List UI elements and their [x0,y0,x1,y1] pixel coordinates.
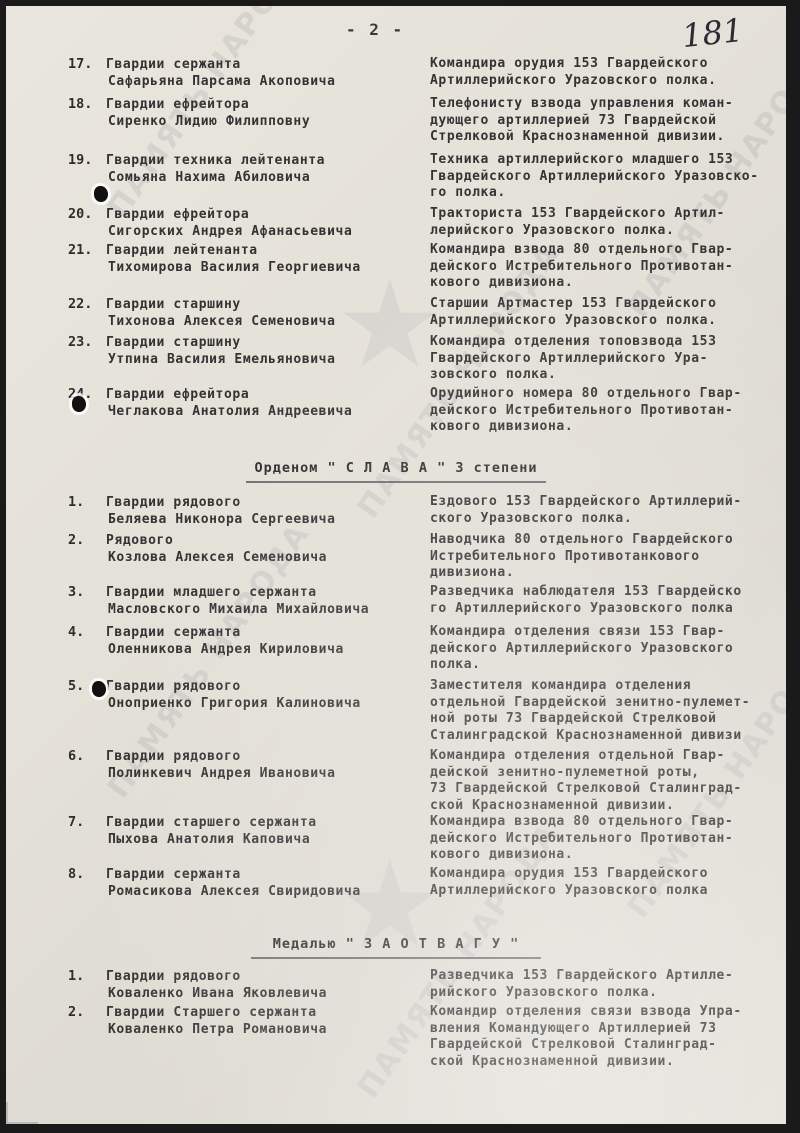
recipient: Гвардии сержантаСафарьяна Парсама Акопов… [106,56,336,90]
position-line: Орудийного номера 80 отдельного Гвар- [430,386,782,403]
entry-number: 18. [68,96,92,112]
recipient-rank: Гвардии лейтенанта [106,242,361,259]
position-line: 73 Гвардейской Стрелковой Сталинград- [430,781,782,798]
recipient-name: Оленникова Андрея Кириловича [106,641,344,658]
position-line: Артиллерийского Уразовского полка. [430,313,782,330]
recipient-name: Коваленко Петра Романовича [106,1021,327,1038]
position-line: Телефонисту взвода управления коман- [430,96,782,113]
recipient-name: Полинкевич Андрея Ивановича [106,765,336,782]
section-heading-text: Орденом " С Л А В А " 3 степени [255,460,538,476]
recipient-position: Командира отделения топовзвода 153Гварде… [430,334,782,384]
recipient: Гвардии рядовогоПолинкевич Андрея Иванов… [106,748,336,782]
position-line: Разведчика 153 Гвардейского Артилле- [430,968,782,985]
recipient-rank: Гвардии старшину [106,334,336,351]
position-line: Гвардейской Стрелковой Сталинград- [430,1037,782,1054]
position-line: зовского полка. [430,367,782,384]
position-line: дивизиона. [430,565,782,582]
recipient-name: Сомьяна Нахима Абиловича [106,169,325,186]
recipient-name: Утпина Василия Емельяновича [106,351,336,368]
entry-number: 21. [68,242,92,258]
position-line: ной роты 73 Гвардейской Стрелковой [430,711,782,728]
entry-number: 17. [68,56,92,72]
recipient: Гвардии ефрейтораСигорских Андрея Афанас… [106,206,352,240]
position-line: Командира орудия 153 Гвардейского [430,56,782,73]
recipient-rank: Гвардии сержанта [106,56,336,73]
recipient-position: Старшии Артмастер 153 ГвардейскогоАртилл… [430,296,782,329]
recipient: Гвардии рядовогоКоваленко Ивана Яковлеви… [106,968,327,1002]
punch-hole [72,396,86,412]
position-line: дейского Артиллерийского Уразовского [430,641,782,658]
heading-underline [246,481,546,483]
recipient-name: Коваленко Ивана Яковлевича [106,985,327,1002]
recipient-rank: Гвардии рядового [106,494,336,511]
position-line: Истребительного Противотанкового [430,549,782,566]
archive-sheet-number: 181 [680,11,745,55]
punch-hole [94,186,108,202]
recipient-name: Тихомирова Василия Георгиевича [106,259,361,276]
recipient-name: Сигорских Андрея Афанасьевича [106,223,352,240]
recipient-rank: Гвардии младшего сержанта [106,584,369,601]
recipient: Гвардии рядовогоБеляева Никонора Сергеев… [106,494,336,528]
position-line: дейского Истребительного Противотан- [430,259,782,276]
recipient-position: Командира орудия 153 ГвардейскогоАртилле… [430,866,782,899]
entry-number: 23. [68,334,92,350]
entry-number: 7. [68,814,84,830]
recipient-rank: Гвардии Старшего сержанта [106,1004,327,1021]
recipient-name: Козлова Алексея Семеновича [106,549,327,566]
recipient: Гвардии старшего сержантаПыхова Анатолия… [106,814,317,848]
recipient-rank: Гвардии ефрейтора [106,96,310,113]
position-line: рийского Уразовского полка. [430,985,782,1002]
recipient-rank: Гвардии рядового [106,678,361,695]
entry-number: 8. [68,866,84,882]
entry-number: 2. [68,532,84,548]
position-line: Командир отделения связи взвода Упра- [430,1004,782,1021]
entry-number: 1. [68,968,84,984]
entry-number: 2. [68,1004,84,1020]
position-line: го Артиллерийского Уразовского полка [430,601,782,618]
section-heading: Медалью " З А О Т В А Г У " [6,936,786,959]
section-heading-text: Медалью " З А О Т В А Г У " [273,936,519,952]
position-line: Командира отделения отдельной Гвар- [430,748,782,765]
recipient: Гвардии младшего сержантаМасловского Мих… [106,584,369,618]
position-line: Командира орудия 153 Гвардейского [430,866,782,883]
position-line: ской Краснознаменной дивизии. [430,798,782,815]
recipient-name: Чеглакова Анатолия Андреевича [106,403,352,420]
recipient-position: Тракториста 153 Гвардейского Артил-лерий… [430,206,782,239]
entry-number: 6. [68,748,84,764]
recipient-name: Беляева Никонора Сергеевича [106,511,336,528]
position-line: лерийского Уразовского полка. [430,223,782,240]
position-line: Сталинградской Краснознаменной дивизи [430,728,782,745]
position-line: кового дивизиона. [430,847,782,864]
recipient-position: Наводчика 80 отдельного ГвардейскогоИстр… [430,532,782,582]
recipient-rank: Гвардии ефрейтора [106,386,352,403]
section-heading: Орденом " С Л А В А " 3 степени [6,460,786,483]
recipient-position: Командира отделения отдельной Гвар-дейск… [430,748,782,814]
recipient: Гвардии техника лейтенантаСомьяна Нахима… [106,152,325,186]
position-line: Гвардейского Артиллерийского Уразовско- [430,169,782,186]
recipient-name: Ромасикова Алексея Свиридовича [106,883,361,900]
position-line: Гвардейского Артиллерийского Ура- [430,351,782,368]
entry-number: 20. [68,206,92,222]
recipient: Гвардии ефрейтораЧеглакова Анатолия Андр… [106,386,352,420]
recipient: Гвардии рядовогоОноприенко Григория Кали… [106,678,361,712]
entry-number: 3. [68,584,84,600]
heading-underline [251,957,541,959]
position-line: Командира отделения связи 153 Гвар- [430,624,782,641]
recipient-name: Оноприенко Григория Калиновича [106,695,361,712]
recipient: Гвардии сержантаОленникова Андрея Кирило… [106,624,344,658]
position-line: полка. [430,657,782,674]
recipient-rank: Гвардии техника лейтенанта [106,152,325,169]
entry-number: 19. [68,152,92,168]
recipient-name: Тихонова Алексея Семеновича [106,313,336,330]
recipient: Гвардии сержантаРомасикова Алексея Свири… [106,866,361,900]
position-line: Старшии Артмастер 153 Гвардейского [430,296,782,313]
recipient-rank: Гвардии сержанта [106,624,344,641]
recipient: Гвардии ефрейтораСиренко Лидию Филипповн… [106,96,310,130]
position-line: дейского Истребительного Противотан- [430,831,782,848]
paper-corner [6,1102,38,1124]
position-line: дейского Истребительного Противотан- [430,403,782,420]
recipient: Гвардии старшинуУтпина Василия Емельянов… [106,334,336,368]
recipient: Гвардии лейтенантаТихомирова Василия Гео… [106,242,361,276]
recipient-rank: Рядового [106,532,327,549]
position-line: го полка. [430,185,782,202]
recipient-name: Сиренко Лидию Филипповну [106,113,310,130]
recipient-rank: Гвардии ефрейтора [106,206,352,223]
star-watermark-icon: ★ [336,256,444,395]
position-line: Артиллерийского Уразовского полка [430,883,782,900]
recipient-rank: Гвардии рядового [106,748,336,765]
position-line: Артиллерийского Урazoвского полка. [430,73,782,90]
recipient-name: Масловского Михаила Михайловича [106,601,369,618]
position-line: кового дивизиона. [430,275,782,292]
entry-number: 1. [68,494,84,510]
recipient: Гвардии старшинуТихонова Алексея Семенов… [106,296,336,330]
recipient: РядовогоКозлова Алексея Семеновича [106,532,327,566]
recipient-position: Командира орудия 153 ГвардейскогоАртилле… [430,56,782,89]
recipient-rank: Гвардии старшего сержанта [106,814,317,831]
position-line: Наводчика 80 отдельного Гвардейского [430,532,782,549]
recipient-position: Разведчика наблюдателя 153 Гвардейского … [430,584,782,617]
position-line: Ездового 153 Гвардейского Артиллерий- [430,494,782,511]
entry-number: 4. [68,624,84,640]
recipient-position: Заместителя командира отделенияотдельной… [430,678,782,744]
recipient: Гвардии Старшего сержантаКоваленко Петра… [106,1004,327,1038]
recipient-name: Сафарьяна Парсама Акоповича [106,73,336,90]
recipient-position: Ездового 153 Гвардейского Артиллерий-ско… [430,494,782,527]
recipient-position: Техника артиллерийского младшего 153Гвар… [430,152,782,202]
recipient-name: Пыхова Анатолия Каповича [106,831,317,848]
position-line: кового дивизиона. [430,419,782,436]
recipient-rank: Гвардии старшину [106,296,336,313]
recipient-rank: Гвардии сержанта [106,866,361,883]
position-line: Командира взвода 80 отдельного Гвар- [430,814,782,831]
position-line: Разведчика наблюдателя 153 Гвардейско [430,584,782,601]
position-line: Командира отделения топовзвода 153 [430,334,782,351]
position-line: Техника артиллерийского младшего 153 [430,152,782,169]
recipient-position: Орудийного номера 80 отдельного Гвар-дей… [430,386,782,436]
position-line: дейской зенитно-пулеметной роты, [430,765,782,782]
position-line: вления Командующего Артиллерией 73 [430,1021,782,1038]
recipient-rank: Гвардии рядового [106,968,327,985]
punch-hole [92,681,106,697]
position-line: дующего артиллерией 73 Гвардейской [430,113,782,130]
recipient-position: Разведчика 153 Гвардейского Артилле-рийс… [430,968,782,1001]
recipient-position: Командира взвода 80 отдельного Гвар-дейс… [430,242,782,292]
document-page: ПАМЯТЬ НАРОДА ПАМЯТЬ НАРОДА ПАМЯТЬ НАРОД… [6,6,786,1124]
position-line: отдельной Гвардейской зенитно-пулемет- [430,695,782,712]
recipient-position: Командир отделения связи взвода Упра-вле… [430,1004,782,1070]
recipient-position: Командира отделения связи 153 Гвар-дейск… [430,624,782,674]
position-line: Командира взвода 80 отдельного Гвар- [430,242,782,259]
recipient-position: Телефонисту взвода управления коман-дующ… [430,96,782,146]
entry-number: 22. [68,296,92,312]
position-line: Стрелковой Краснознаменной дивизии. [430,129,782,146]
entry-number: 5. [68,678,84,694]
position-line: Тракториста 153 Гвардейского Артил- [430,206,782,223]
position-line: ской Краснознаменной дивизии. [430,1054,782,1071]
recipient-position: Командира взвода 80 отдельного Гвар-дейс… [430,814,782,864]
page-number: - 2 - [346,20,404,39]
position-line: ского Уразовского полка. [430,511,782,528]
position-line: Заместителя командира отделения [430,678,782,695]
